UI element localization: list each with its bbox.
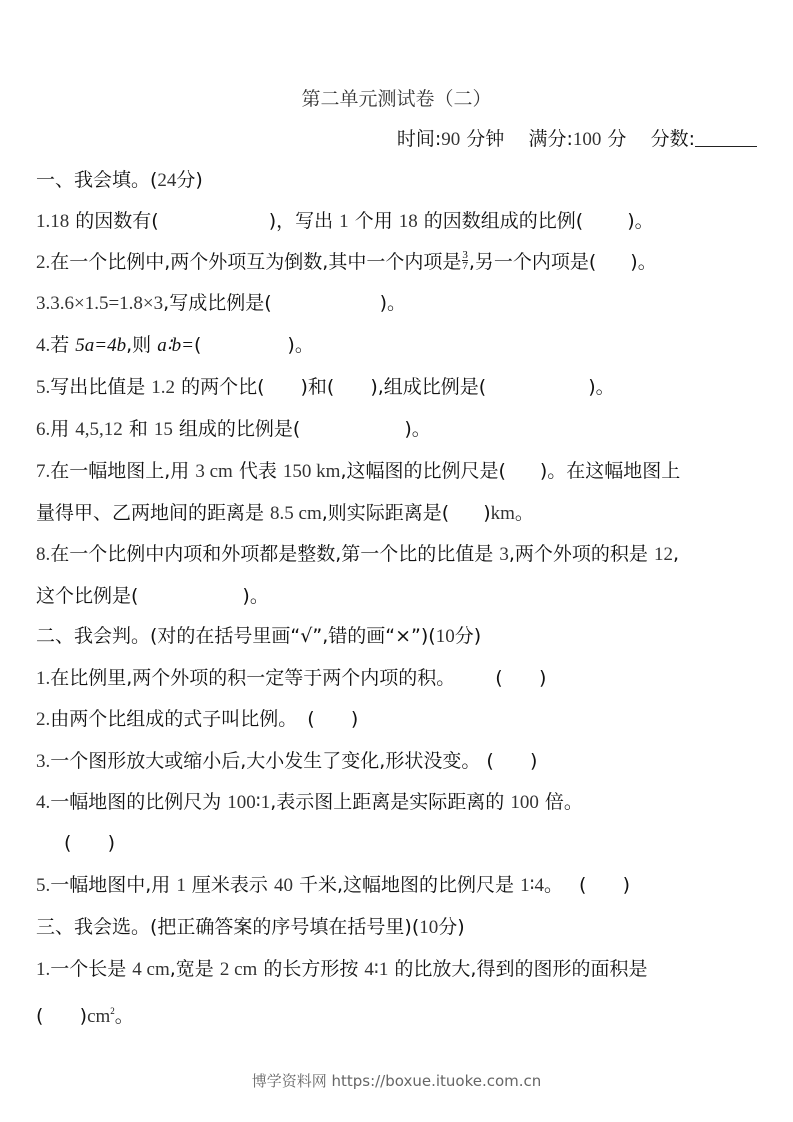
answer-bracket[interactable]: ( ) bbox=[579, 874, 630, 896]
text: )。在这幅地图上 bbox=[540, 460, 680, 482]
text: 千米,这幅地图的比例尺是 bbox=[293, 874, 520, 896]
question-number: 5. bbox=[36, 377, 50, 398]
question-number: 3. bbox=[36, 751, 50, 772]
s1-question-8-line-2: 这个比例是()。 bbox=[36, 584, 269, 608]
text: ,则 bbox=[126, 334, 157, 356]
value: 100∶1 bbox=[227, 792, 270, 813]
question-number: 8. bbox=[36, 544, 50, 565]
value: 40 bbox=[274, 875, 293, 896]
value: 18 bbox=[50, 211, 69, 232]
text: 量得甲、乙两地间的距离是 bbox=[36, 502, 270, 524]
fraction-numerator: 3 bbox=[462, 250, 468, 260]
s1-question-7-line-2: 量得甲、乙两地间的距离是 8.5 cm,则实际距离是()km。 bbox=[36, 501, 534, 526]
s1-question-6: 6.用 4,5,12 和 15 组成的比例是()。 bbox=[36, 417, 431, 442]
section-points-unit: 分) bbox=[455, 625, 481, 647]
full-unit: 分 bbox=[607, 128, 626, 150]
section-1-heading: 一、我会填。(24分) bbox=[36, 168, 203, 193]
s1-question-4: 4.若 5a=4b,则 a∶b=()。 bbox=[36, 333, 314, 358]
text: )。 bbox=[627, 210, 653, 232]
s2-question-4: 4.一幅地图的比例尺为 100∶1,表示图上距离是实际距离的 100 倍。 bbox=[36, 790, 583, 815]
s1-question-1: 1.18 的因数有()，写出 1 个用 18 的因数组成的比例()。 bbox=[36, 209, 654, 234]
text: )。 bbox=[404, 418, 430, 440]
value: 1.2 bbox=[151, 377, 175, 398]
value: 4∶1 bbox=[364, 959, 388, 980]
answer-bracket[interactable]: ( ) bbox=[495, 667, 546, 689]
text: 写出比值是 bbox=[50, 376, 151, 398]
s1-question-5: 5.写出比值是 1.2 的两个比()和(),组成比例是()。 bbox=[36, 375, 615, 400]
value: 15 bbox=[154, 419, 173, 440]
text: )。 bbox=[242, 585, 268, 607]
fraction-denominator: 7 bbox=[462, 260, 468, 271]
full-label: 满分: bbox=[528, 128, 572, 150]
text: 在一个比例中内项和外项都是整数,第一个比的比值是 bbox=[50, 543, 499, 565]
text: 在一个比例中,两个外项互为倒数,其中一个内项是 bbox=[50, 251, 461, 273]
value: 12 bbox=[654, 544, 673, 565]
question-number: 6. bbox=[36, 419, 50, 440]
section-points: 10 bbox=[436, 626, 455, 647]
text: 这个比例是( bbox=[36, 585, 138, 607]
unit: km bbox=[491, 503, 515, 524]
s3-question-1-line-2: ( )cm2。 bbox=[36, 999, 134, 1029]
time-unit: 分钟 bbox=[466, 128, 504, 150]
text: 用 bbox=[50, 418, 75, 440]
s3-question-1-line-1: 1.一个长是 4 cm,宽是 2 cm 的长方形按 4∶1 的比放大,得到的图形… bbox=[36, 957, 647, 982]
footer-watermark: 博学资料网 https://boxue.ituoke.com.cn bbox=[0, 1070, 793, 1091]
answer-bracket[interactable]: ( ) bbox=[36, 1005, 87, 1027]
text: 由两个比组成的式子叫比例。 bbox=[50, 708, 297, 730]
question-number: 2. bbox=[36, 709, 50, 730]
score-label: 分数: bbox=[651, 128, 695, 150]
time-value: 90 bbox=[441, 129, 460, 150]
text: 的比放大,得到的图形的面积是 bbox=[388, 958, 647, 980]
text: ( bbox=[194, 334, 201, 356]
fraction: 37 bbox=[462, 250, 468, 271]
value: 100 bbox=[510, 792, 539, 813]
text: ,表示图上距离是实际距离的 bbox=[270, 791, 510, 813]
s2-question-3: 3.一个图形放大或缩小后,大小发生了变化,形状没变。( ) bbox=[36, 749, 537, 774]
s2-question-5: 5.一幅地图中,用 1 厘米表示 40 千米,这幅地图的比例尺是 1∶4。( ) bbox=[36, 873, 630, 898]
text: )。 bbox=[630, 251, 656, 273]
text: 厘米表示 bbox=[186, 874, 274, 896]
text: )。 bbox=[380, 292, 406, 314]
text: )和( bbox=[301, 376, 335, 398]
section-heading-text: 一、我会填。( bbox=[36, 169, 157, 191]
text: )。 bbox=[287, 334, 313, 356]
text: 代表 bbox=[233, 460, 283, 482]
question-number: 4. bbox=[36, 335, 50, 356]
text: 一个图形放大或缩小后,大小发生了变化,形状没变。 bbox=[50, 750, 480, 772]
text: ,写成比例是( bbox=[163, 292, 271, 314]
text: )，写出 bbox=[269, 210, 339, 232]
question-number: 4. bbox=[36, 792, 50, 813]
text: 的因数有( bbox=[69, 210, 158, 232]
score-blank[interactable] bbox=[695, 128, 757, 147]
text: ,这幅图的比例尺是( bbox=[340, 460, 505, 482]
text: 。 bbox=[515, 502, 534, 524]
expression: 3.6×1.5=1.8×3 bbox=[50, 293, 163, 314]
exam-meta: 时间:90 分钟 满分:100 分 分数: bbox=[397, 124, 757, 151]
answer-bracket[interactable]: ( ) bbox=[64, 832, 115, 854]
s2-question-1: 1.在比例里,两个外项的积一定等于两个内项的积。( ) bbox=[36, 666, 546, 691]
text: 个用 bbox=[349, 210, 399, 232]
question-number: 2. bbox=[36, 252, 50, 273]
text: ),组成比例是( bbox=[370, 376, 486, 398]
section-heading-text: 三、我会选。(把正确答案的序号填在括号里)( bbox=[36, 916, 419, 938]
text: ,则实际距离是( bbox=[322, 502, 449, 524]
text: 倍。 bbox=[539, 791, 583, 813]
question-number: 3. bbox=[36, 293, 50, 314]
exam-page: 第二单元测试卷（二） 时间:90 分钟 满分:100 分 分数: 一、我会填。(… bbox=[0, 0, 793, 1122]
text: ,宽是 bbox=[170, 958, 220, 980]
text: 一个长是 bbox=[50, 958, 132, 980]
section-points: 24 bbox=[157, 170, 176, 191]
answer-bracket[interactable]: ( ) bbox=[486, 750, 537, 772]
value: 1 bbox=[176, 875, 186, 896]
page-title: 第二单元测试卷（二） bbox=[0, 84, 793, 111]
text: 的两个比( bbox=[175, 376, 264, 398]
s1-question-3: 3.3.6×1.5=1.8×3,写成比例是()。 bbox=[36, 291, 406, 316]
section-heading-text: 二、我会判。(对的在括号里画“√”,错的画“×”)( bbox=[36, 625, 436, 647]
s1-question-8-line-1: 8.在一个比例中内项和外项都是整数,第一个比的比值是 3,两个外项的积是 12, bbox=[36, 542, 679, 567]
unit: cm bbox=[87, 1006, 110, 1027]
question-number: 1. bbox=[36, 211, 50, 232]
text: ,两个外项的积是 bbox=[509, 543, 654, 565]
question-number: 1. bbox=[36, 668, 50, 689]
expression: a∶b= bbox=[157, 335, 194, 356]
full-value: 100 bbox=[573, 129, 602, 150]
text: 的因数组成的比例( bbox=[418, 210, 583, 232]
section-2-heading: 二、我会判。(对的在括号里画“√”,错的画“×”)(10分) bbox=[36, 624, 481, 649]
question-number: 5. bbox=[36, 875, 50, 896]
value: 18 bbox=[399, 211, 418, 232]
s1-question-7-line-1: 7.在一幅地图上,用 3 cm 代表 150 km,这幅图的比例尺是()。在这幅… bbox=[36, 459, 680, 484]
answer-bracket[interactable]: ( ) bbox=[307, 708, 358, 730]
value: 4,5,12 bbox=[75, 419, 123, 440]
text: )。 bbox=[588, 376, 614, 398]
text: 。 bbox=[544, 874, 563, 896]
section-3-heading: 三、我会选。(把正确答案的序号填在括号里)(10分) bbox=[36, 915, 465, 940]
s2-question-4-bracket: ( ) bbox=[64, 831, 115, 855]
section-points-unit: 分) bbox=[176, 169, 202, 191]
text: , bbox=[673, 543, 679, 565]
section-points-unit: 分) bbox=[438, 916, 464, 938]
text: 一幅地图中,用 bbox=[50, 874, 176, 896]
value: 150 km bbox=[283, 461, 341, 482]
value: 3 cm bbox=[195, 461, 232, 482]
text: 。 bbox=[115, 1005, 134, 1027]
value: 1 bbox=[339, 211, 349, 232]
question-number: 7. bbox=[36, 461, 50, 482]
value: 4 cm bbox=[132, 959, 169, 980]
text: 的长方形按 bbox=[257, 958, 364, 980]
text: ) bbox=[483, 502, 490, 524]
text: 和 bbox=[123, 418, 154, 440]
value: 8.5 cm bbox=[270, 503, 322, 524]
section-points: 10 bbox=[419, 917, 438, 938]
text: 在一幅地图上,用 bbox=[50, 460, 195, 482]
text: ,另一个内项是( bbox=[469, 251, 596, 273]
value: 3 bbox=[499, 544, 509, 565]
text: 在比例里,两个外项的积一定等于两个内项的积。 bbox=[50, 667, 455, 689]
text: 组成的比例是( bbox=[173, 418, 300, 440]
s2-question-2: 2.由两个比组成的式子叫比例。( ) bbox=[36, 707, 358, 732]
question-number: 1. bbox=[36, 959, 50, 980]
text: 若 bbox=[50, 334, 75, 356]
s1-question-2: 2.在一个比例中,两个外项互为倒数,其中一个内项是37,另一个内项是()。 bbox=[36, 250, 657, 275]
expression: 5a=4b bbox=[75, 335, 126, 356]
text: 一幅地图的比例尺为 bbox=[50, 791, 227, 813]
value: 2 cm bbox=[220, 959, 257, 980]
time-label: 时间: bbox=[397, 128, 441, 150]
value: 1∶4 bbox=[520, 875, 544, 896]
